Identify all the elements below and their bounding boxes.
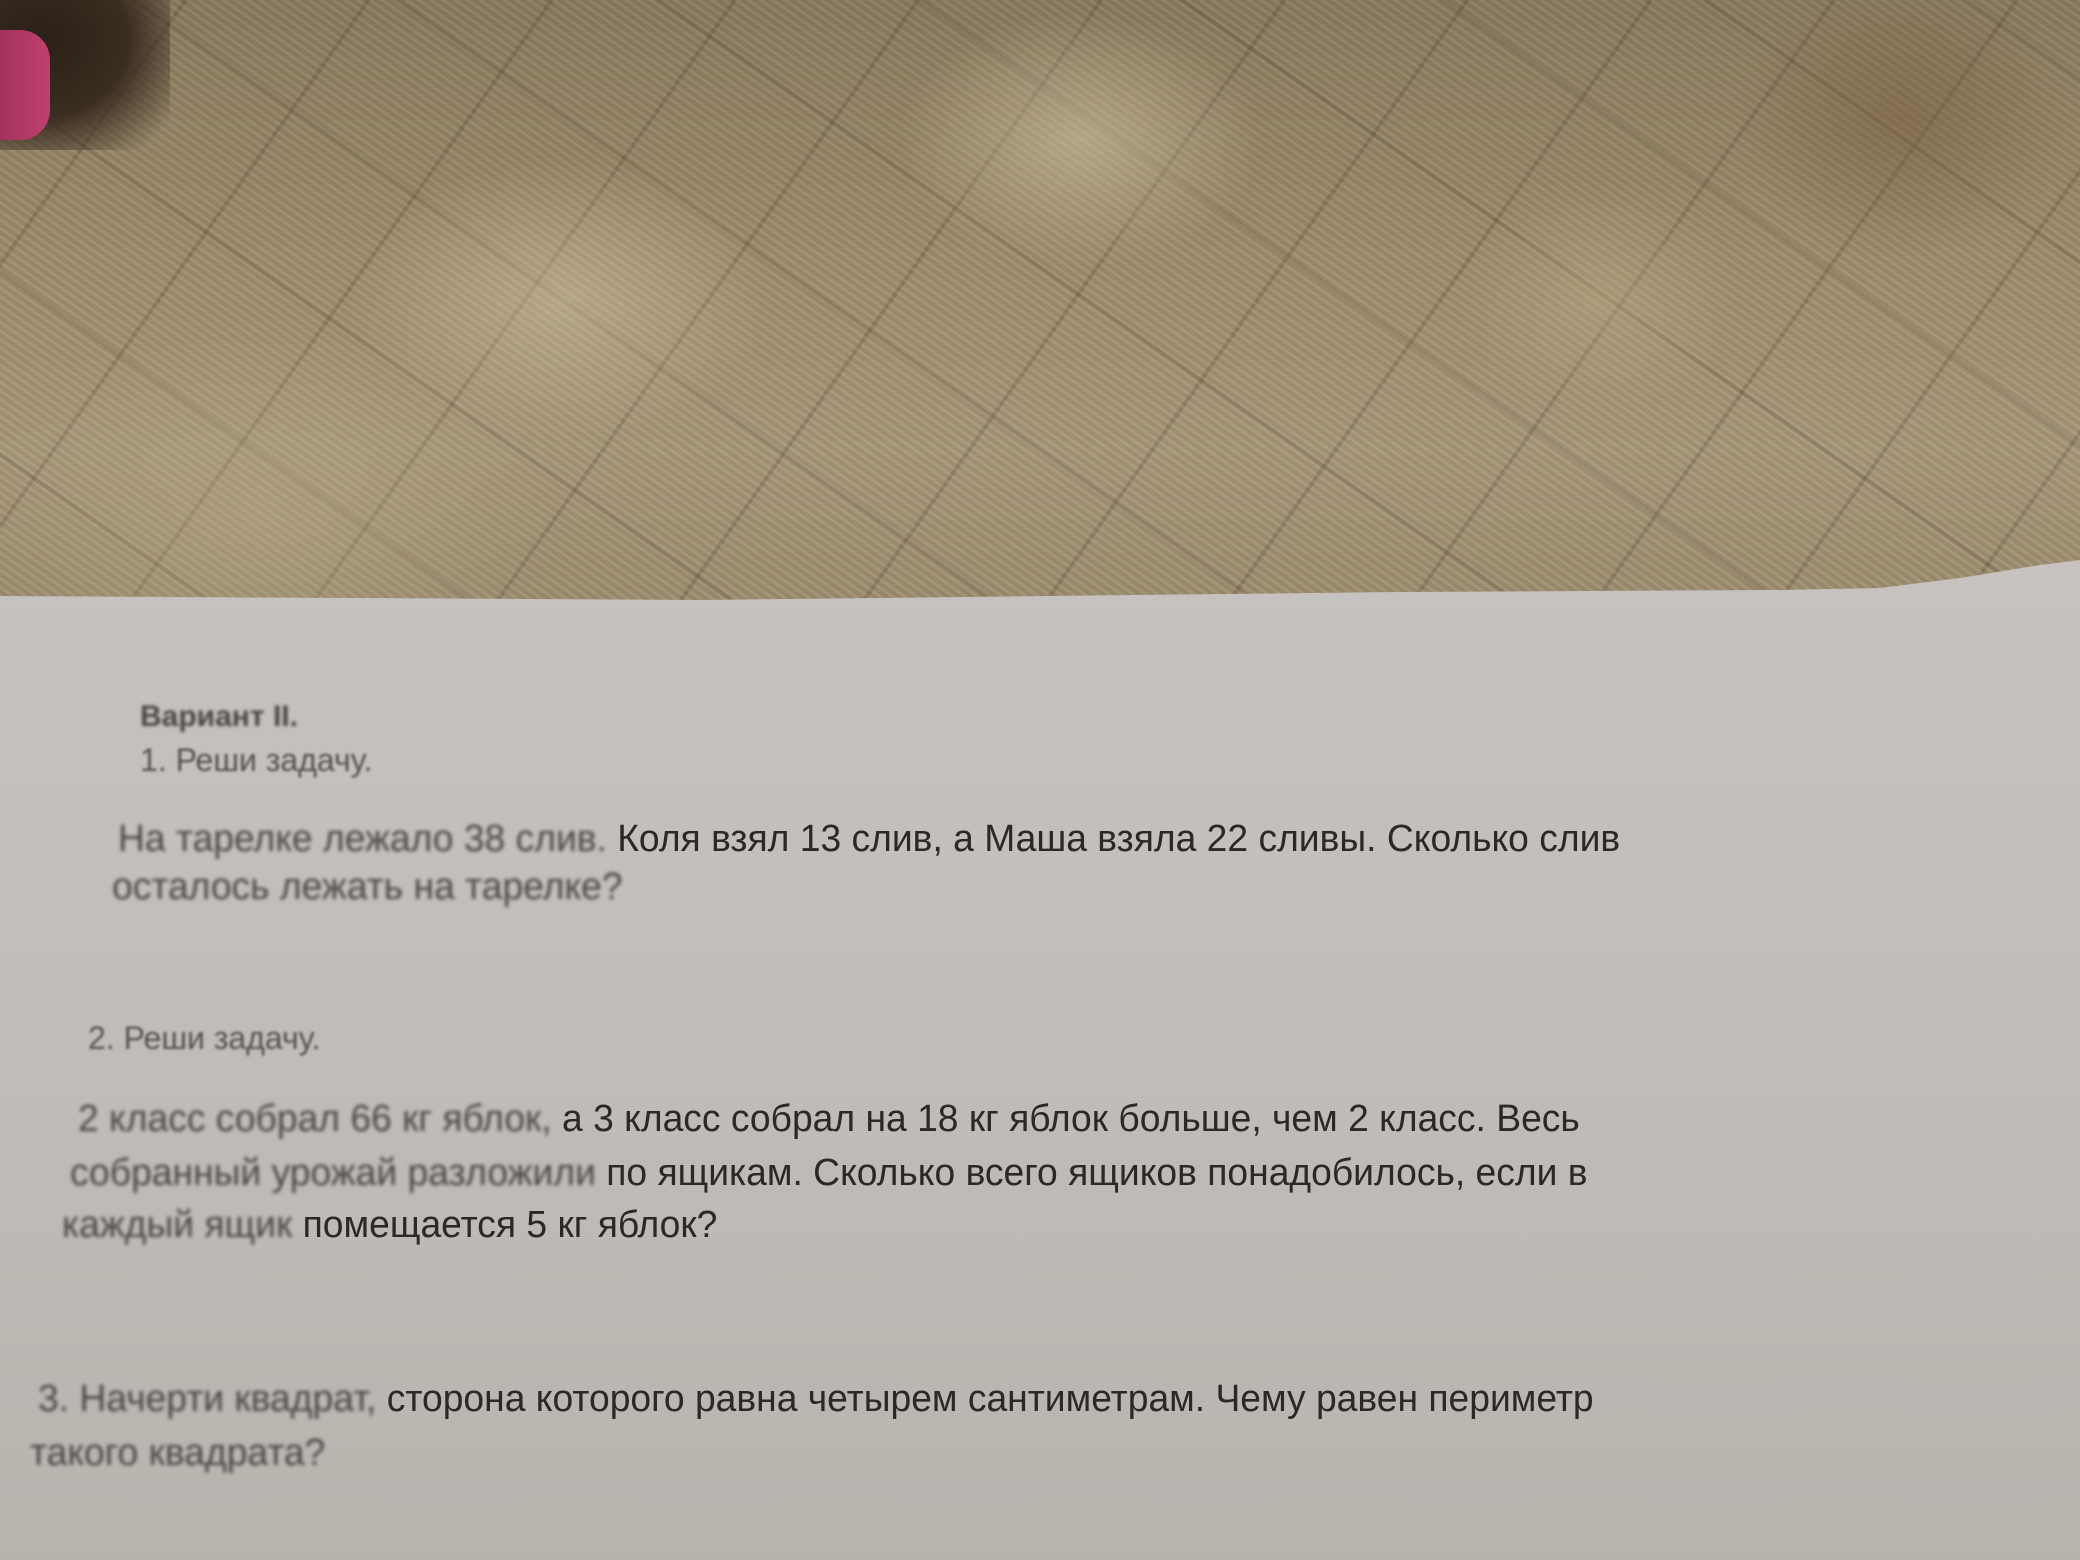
task-2-line-2: собранный урожай разложили по ящикам. Ск… [70, 1152, 1588, 1195]
task-3-line-1-sharp: сторона которого равна четырем сантиметр… [376, 1378, 1593, 1420]
task-2-line-3: каждый ящик помещается 5 кг яблок? [62, 1204, 717, 1247]
task-2-line-1-blurred: 2 класс собрал 66 кг яблок, [78, 1098, 552, 1140]
task-3-line-1-blurred: 3. Начерти квадрат, [38, 1378, 376, 1420]
task-2-line-1-sharp: а 3 класс собрал на 18 кг яблок больше, … [552, 1098, 1580, 1140]
task-3-line-2-blurred: такого квадрата? [30, 1432, 325, 1474]
task-3-line-2: такого квадрата? [30, 1432, 325, 1475]
task-2-line-2-blurred: собранный урожай разложили [70, 1152, 596, 1194]
task-2-line-2-sharp: по ящикам. Сколько всего ящиков понадоби… [596, 1152, 1588, 1194]
tablecloth-background [0, 0, 2080, 640]
task-3-line-1: 3. Начерти квадрат, сторона которого рав… [38, 1378, 1594, 1421]
task-2-line-3-sharp: помещается 5 кг яблок? [292, 1204, 717, 1246]
task-2-heading: 2. Реши задачу. [88, 1020, 320, 1057]
task-1-line-1: На тарелке лежало 38 слив. Коля взял 13 … [118, 818, 1620, 861]
task-2-line-3-blurred: каждый ящик [62, 1204, 292, 1246]
variant-title: Вариант II. [140, 700, 298, 734]
task-1-line-1-sharp: Коля взял 13 слив, а Маша взяла 22 сливы… [607, 818, 1620, 860]
pink-object [0, 30, 50, 140]
task-2-line-1: 2 класс собрал 66 кг яблок, а 3 класс со… [78, 1098, 1580, 1141]
task-1-line-2-blurred: осталось лежать на тарелке? [112, 866, 623, 908]
task-1-heading: 1. Реши задачу. [140, 742, 372, 779]
task-1-line-2: осталось лежать на тарелке? [112, 866, 623, 909]
task-1-line-1-blurred: На тарелке лежало 38 слив. [118, 818, 607, 860]
